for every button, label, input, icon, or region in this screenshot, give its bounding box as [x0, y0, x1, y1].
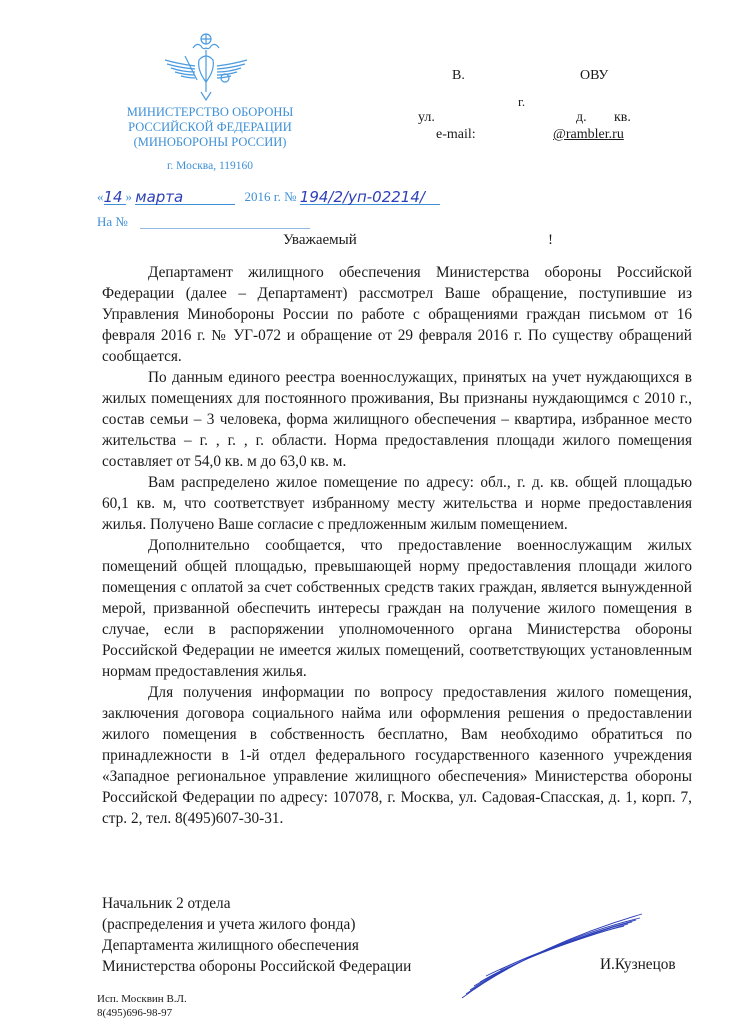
- paragraph-5: Для получения информации по вопросу пред…: [102, 682, 692, 829]
- emblem-icon: [163, 30, 249, 104]
- outgoing-date-line: «14» марта 2016 г. № 194/2/уп-02214/: [97, 188, 440, 205]
- org-line-3: (МИНОБОРОНЫ РОССИИ): [100, 135, 320, 150]
- quote-close: »: [126, 189, 133, 204]
- letter-body: Департамент жилищного обеспечения Минист…: [102, 262, 692, 829]
- salutation-exclamation: !: [548, 232, 553, 249]
- paragraph-2: По данным единого реестра военнослужащих…: [102, 367, 692, 472]
- org-line-1: МИНИСТЕРСТВО ОБОРОНЫ: [100, 105, 320, 120]
- addressee-email-domain[interactable]: @rambler.ru: [553, 127, 624, 143]
- signer-name: И.Кузнецов: [600, 956, 676, 974]
- handwritten-month: марта: [135, 188, 183, 206]
- outgoing-year-label: 2016 г. №: [245, 189, 297, 204]
- addressee-apt-label: кв.: [614, 110, 631, 126]
- addressee-suffix: ОВУ: [580, 68, 608, 84]
- addressee-initial: В.: [452, 68, 465, 84]
- handwritten-outgoing-number: 194/2/уп-02214/: [300, 188, 425, 206]
- addressee-house-label: д.: [576, 110, 587, 126]
- signature-line-4: Министерства обороны Российской Федераци…: [102, 956, 411, 977]
- signature-line-1: Начальник 2 отдела: [102, 893, 411, 914]
- executor-info: Исп. Москвин В.Л. 8(495)696-98-97: [97, 992, 187, 1020]
- organization-name: МИНИСТЕРСТВО ОБОРОНЫ РОССИЙСКОЙ ФЕДЕРАЦИ…: [100, 105, 320, 150]
- addressee-street-label: ул.: [418, 110, 435, 126]
- reply-to-number-line: [140, 228, 310, 229]
- salutation: Уважаемый: [283, 232, 357, 249]
- org-line-2: РОССИЙСКОЙ ФЕДЕРАЦИИ: [100, 120, 320, 135]
- paragraph-1: Департамент жилищного обеспечения Минист…: [102, 262, 692, 367]
- signature-line-3: Департамента жилищного обеспечения: [102, 935, 411, 956]
- signature-line-2: (распределения и учета жилого фонда): [102, 914, 411, 935]
- organization-city: г. Москва, 119160: [100, 160, 320, 172]
- reply-to-label: На №: [97, 214, 128, 230]
- addressee-city-label: г.: [518, 94, 525, 110]
- addressee-email-label: e-mail:: [436, 127, 476, 143]
- signature-title-block: Начальник 2 отдела (распределения и учет…: [102, 893, 411, 977]
- handwritten-day: 14: [104, 188, 123, 206]
- executor-name: Исп. Москвин В.Л.: [97, 992, 187, 1006]
- paragraph-4: Дополнительно сообщается, что предоставл…: [102, 535, 692, 682]
- paragraph-3: Вам распределено жилое помещение по адре…: [102, 472, 692, 535]
- executor-phone: 8(495)696-98-97: [97, 1006, 187, 1020]
